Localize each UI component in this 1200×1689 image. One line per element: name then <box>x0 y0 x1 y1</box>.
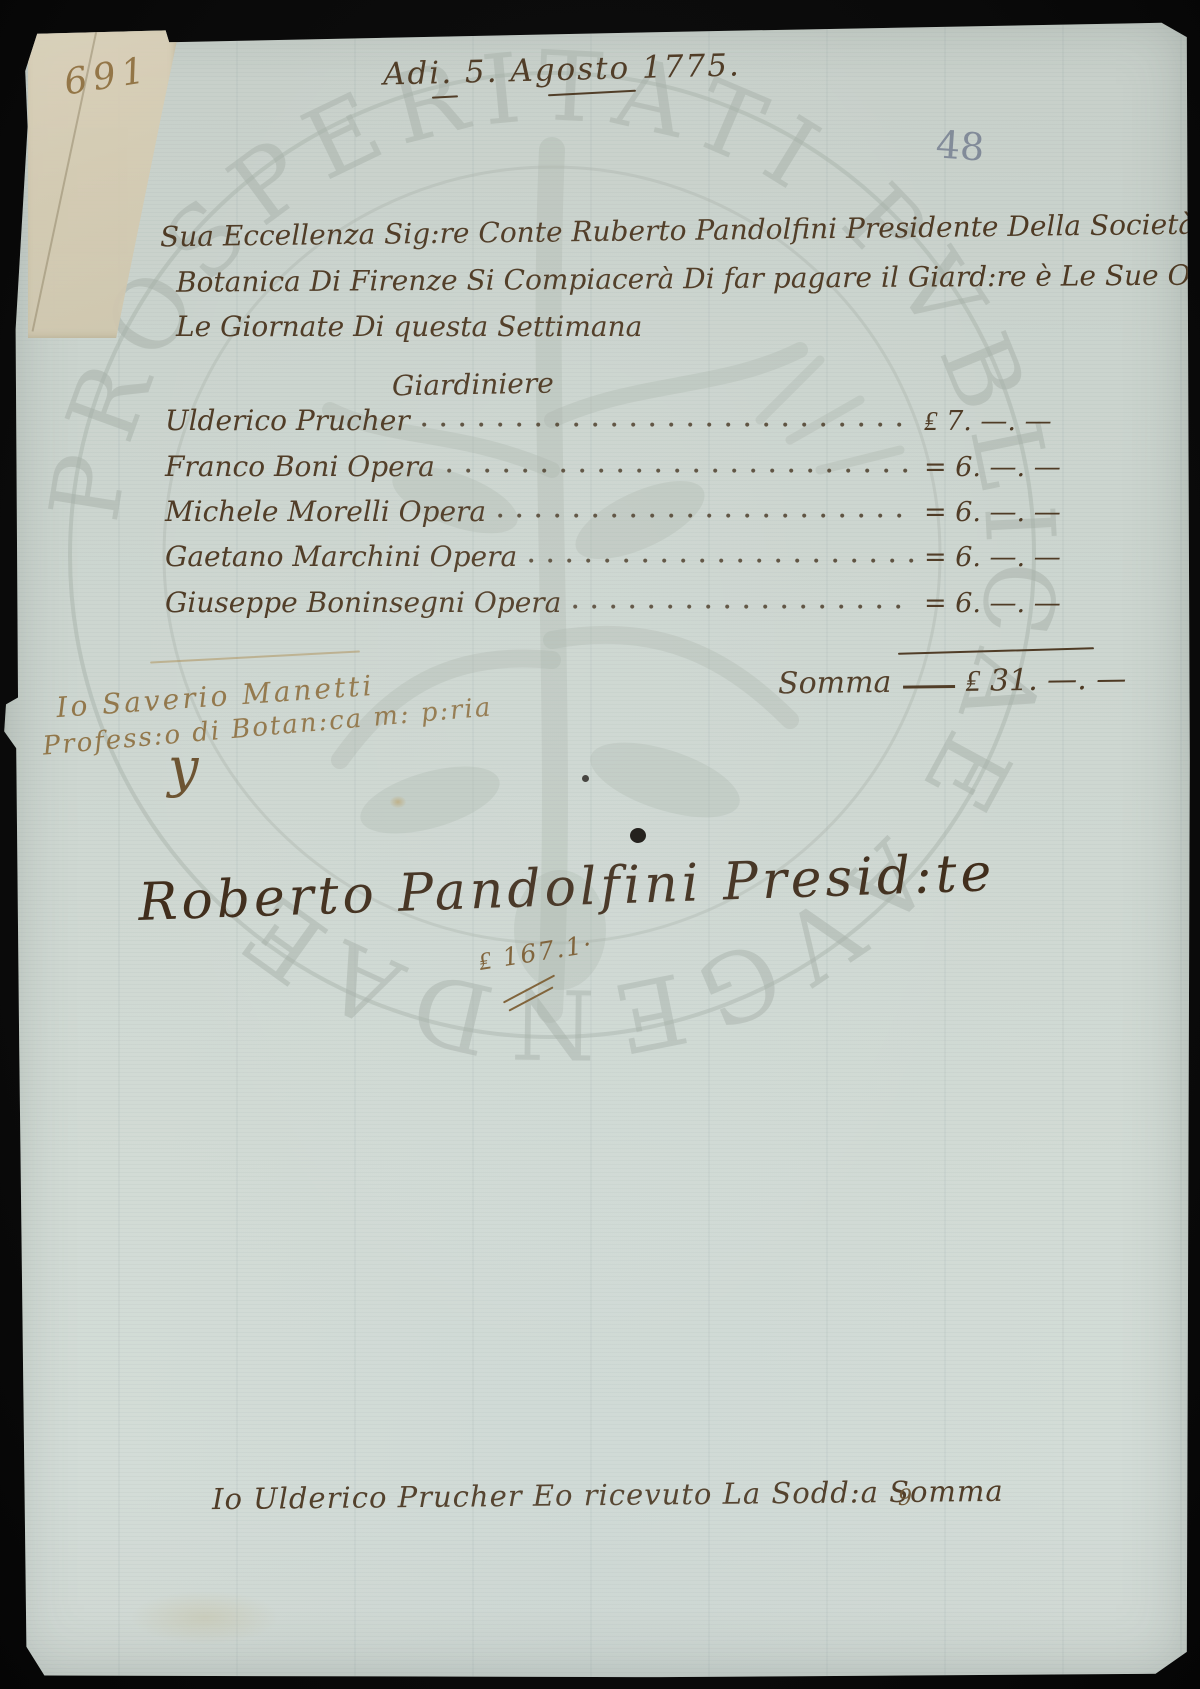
total-dash <box>903 685 955 688</box>
worker-name: Ulderico Prucher <box>165 404 410 437</box>
dotted-leader <box>422 422 914 428</box>
date-underline-year <box>548 90 636 97</box>
ledger-row: Franco Boni Opera = 6. —. — <box>165 450 1092 483</box>
pencil-folio-number: 48 <box>935 122 986 169</box>
dotted-leader <box>498 513 914 519</box>
total-line: Somma ₤ 31. —. — <box>778 662 1127 702</box>
total-rule <box>898 647 1094 655</box>
total-amount: ₤ 31. —. — <box>965 662 1126 699</box>
paper-stain <box>130 1590 280 1645</box>
registration-mark: ₤ 167.1· <box>476 929 595 977</box>
dotted-leader <box>573 604 914 610</box>
list-heading: Giardiniere <box>392 367 554 403</box>
amount: = 6. —. — <box>924 452 1092 483</box>
amount: = 6. —. — <box>924 588 1092 619</box>
dotted-leader <box>447 468 914 474</box>
body-line-1: Sua Eccellenza Sig:re Conte Ruberto Pand… <box>160 208 1195 254</box>
date-underline-day <box>432 95 458 99</box>
amount: = 6. —. — <box>924 542 1092 573</box>
date-line: Adi. 5. Agosto 1775. <box>383 47 742 92</box>
amount: = 6. —. — <box>924 497 1092 528</box>
registration-flourish <box>508 986 553 1011</box>
worker-name: Giuseppe Boninsegni Opera <box>165 586 561 619</box>
total-label: Somma <box>778 665 892 702</box>
ledger-row: Giuseppe Boninsegni Opera = 6. —. — <box>165 586 1092 619</box>
ink-speck <box>582 775 589 782</box>
manetti-paraph-flourish: y <box>168 736 199 799</box>
receipt-flourish: 9 <box>898 1486 912 1511</box>
name-underline-flourish <box>150 651 360 664</box>
ledger-row: Ulderico Prucher ₤ 7. —. — <box>165 404 1092 437</box>
ledger-row: Gaetano Marchini Opera = 6. —. — <box>165 540 1092 573</box>
worker-name: Michele Morelli Opera <box>165 495 486 528</box>
scan-backdrop: PROSPERITATI PVBLICAE AVGENDAE 691 <box>0 0 1200 1689</box>
president-signature: Roberto Pandolfini Presid:te <box>137 843 996 933</box>
worker-name: Gaetano Marchini Opera <box>165 540 517 573</box>
receipt-line: Io Ulderico Prucher Eo ricevuto La Sodd:… <box>212 1474 1004 1516</box>
body-line-3: Le Giornate Di questa Settimana <box>176 310 642 343</box>
paper-watermark-seal: PROSPERITATI PVBLICAE AVGENDAE <box>0 0 1200 1689</box>
ink-blot <box>630 828 646 843</box>
worker-name: Franco Boni Opera <box>165 450 435 483</box>
body-line-2: Botanica Di Firenze Si Compiacerà Di far… <box>176 258 1200 299</box>
ledger-row: Michele Morelli Opera = 6. —. — <box>165 495 1092 528</box>
paper-stain <box>390 796 406 808</box>
dotted-leader <box>529 558 914 564</box>
amount: ₤ 7. —. — <box>924 406 1092 437</box>
manuscript-page: PROSPERITATI PVBLICAE AVGENDAE 691 <box>0 0 1200 1689</box>
